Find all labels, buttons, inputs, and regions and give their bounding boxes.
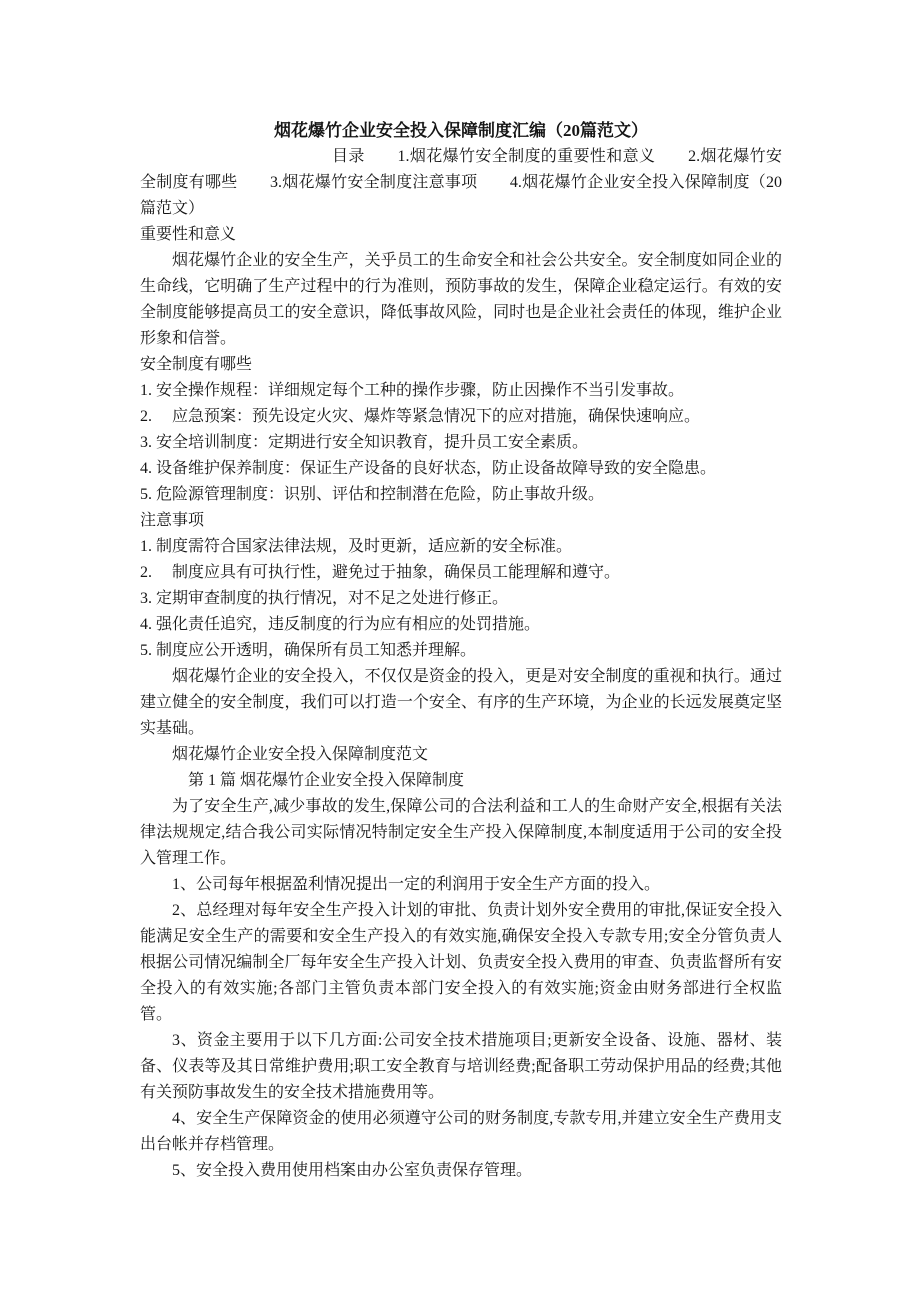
paragraph: 3、资金主要用于以下几方面:公司安全技术措施项目;更新安全设备、设施、器材、装备…: [140, 1028, 782, 1106]
paragraph: 1、公司每年根据盈利情况提出一定的利润用于安全生产方面的投入。: [140, 872, 782, 898]
list-item: 1. 制度需符合国家法律法规，及时更新，适应新的安全标准。: [140, 534, 782, 560]
toc-paragraph: 目录 1.烟花爆竹安全制度的重要性和意义 2.烟花爆竹安全制度有哪些 3.烟花爆…: [140, 144, 782, 222]
paragraph-importance: 烟花爆竹企业的安全生产，关乎员工的生命安全和社会公共安全。安全制度如同企业的生命…: [140, 248, 782, 352]
list-item: 3. 定期审查制度的执行情况，对不足之处进行修正。: [140, 586, 782, 612]
list-item: 2. 应急预案：预先设定火灾、爆炸等紧急情况下的应对措施，确保快速响应。: [140, 404, 782, 430]
list-item: 2. 制度应具有可执行性，避免过于抽象，确保员工能理解和遵守。: [140, 560, 782, 586]
paragraph: 5、安全投入费用使用档案由办公室负责保存管理。: [140, 1158, 782, 1184]
page-title: 烟花爆竹企业安全投入保障制度汇编（20篇范文）: [140, 118, 782, 144]
list-item: 4. 强化责任追究，违反制度的行为应有相应的处罚措施。: [140, 612, 782, 638]
section-heading-importance: 重要性和意义: [140, 222, 782, 248]
section-heading-systems: 安全制度有哪些: [140, 352, 782, 378]
sample-section-intro: 烟花爆竹企业安全投入保障制度范文: [140, 742, 782, 768]
list-item: 3. 安全培训制度：定期进行安全知识教育，提升员工安全素质。: [140, 430, 782, 456]
paragraph: 为了安全生产,减少事故的发生,保障公司的合法利益和工人的生命财产安全,根据有关法…: [140, 794, 782, 872]
document-body: 烟花爆竹企业安全投入保障制度汇编（20篇范文） 目录 1.烟花爆竹安全制度的重要…: [140, 118, 782, 1184]
list-item: 1. 安全操作规程：详细规定每个工种的操作步骤，防止因操作不当引发事故。: [140, 378, 782, 404]
chapter-title: 第 1 篇 烟花爆竹企业安全投入保障制度: [140, 768, 782, 794]
paragraph-closing: 烟花爆竹企业的安全投入，不仅仅是资金的投入，更是对安全制度的重视和执行。通过建立…: [140, 664, 782, 742]
list-item: 5. 制度应公开透明，确保所有员工知悉并理解。: [140, 638, 782, 664]
paragraph: 2、总经理对每年安全生产投入计划的审批、负责计划外安全费用的审批,保证安全投入能…: [140, 898, 782, 1028]
paragraph: 4、安全生产保障资金的使用必须遵守公司的财务制度,专款专用,并建立安全生产费用支…: [140, 1106, 782, 1158]
list-item: 5. 危险源管理制度：识别、评估和控制潜在危险，防止事故升级。: [140, 482, 782, 508]
section-heading-notes: 注意事项: [140, 508, 782, 534]
list-item: 4. 设备维护保养制度：保证生产设备的良好状态，防止设备故障导致的安全隐患。: [140, 456, 782, 482]
document-page: 烟花爆竹企业安全投入保障制度汇编（20篇范文） 目录 1.烟花爆竹安全制度的重要…: [0, 0, 920, 1302]
